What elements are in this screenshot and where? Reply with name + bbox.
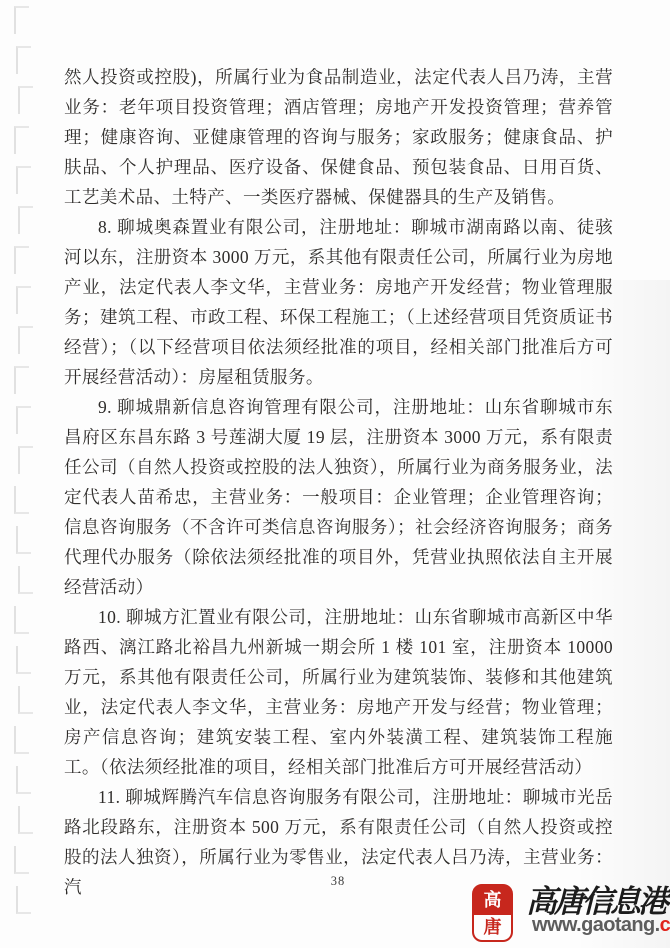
document-page: 然人投资或控股)，所属行业为食品制造业，法定代表人吕乃涛，主营业务：老年项目投资… — [0, 0, 670, 948]
binding-mark — [16, 766, 31, 794]
scan-artifact-marks — [0, 0, 45, 948]
binding-mark — [16, 886, 31, 914]
seal-char-bottom: 唐 — [474, 915, 511, 940]
binding-mark — [14, 726, 29, 754]
binding-mark — [14, 246, 29, 274]
binding-mark — [18, 566, 33, 594]
binding-mark — [16, 166, 31, 194]
binding-mark — [18, 86, 33, 114]
document-body: 然人投资或控股)，所属行业为食品制造业，法定代表人吕乃涛，主营业务：老年项目投资… — [64, 62, 613, 902]
binding-mark — [14, 6, 29, 34]
binding-mark — [18, 686, 33, 714]
binding-mark — [18, 806, 33, 834]
binding-mark — [14, 126, 29, 154]
binding-mark — [16, 526, 31, 554]
binding-mark — [18, 326, 33, 354]
url-domain: www.gaotang. — [532, 914, 660, 936]
paragraph-item-9: 9. 聊城鼎新信息咨询管理有限公司，注册地址：山东省聊城市东昌府区东昌东路 3 … — [64, 392, 613, 602]
binding-mark — [14, 366, 29, 394]
binding-mark — [18, 446, 33, 474]
gaotang-seal-logo: 高 唐 — [472, 884, 513, 942]
binding-mark — [14, 606, 29, 634]
seal-char-top: 高 — [474, 886, 511, 915]
paragraph-item-8: 8. 聊城奥森置业有限公司，注册地址：聊城市湖南路以南、徒骇河以东，注册资本 3… — [64, 212, 613, 392]
binding-mark — [14, 846, 29, 874]
binding-mark — [16, 406, 31, 434]
paragraph-continuation: 然人投资或控股)，所属行业为食品制造业，法定代表人吕乃涛，主营业务：老年项目投资… — [64, 62, 613, 212]
paragraph-item-10: 10. 聊城方汇置业有限公司，注册地址：山东省聊城市高新区中华路西、漓江路北裕昌… — [64, 602, 613, 782]
binding-mark — [16, 286, 31, 314]
url-tld: cc — [660, 914, 670, 936]
binding-mark — [14, 486, 29, 514]
binding-mark — [16, 46, 31, 74]
site-url: www.gaotang.cc — [532, 914, 670, 936]
binding-mark — [18, 206, 33, 234]
binding-mark — [16, 646, 31, 674]
